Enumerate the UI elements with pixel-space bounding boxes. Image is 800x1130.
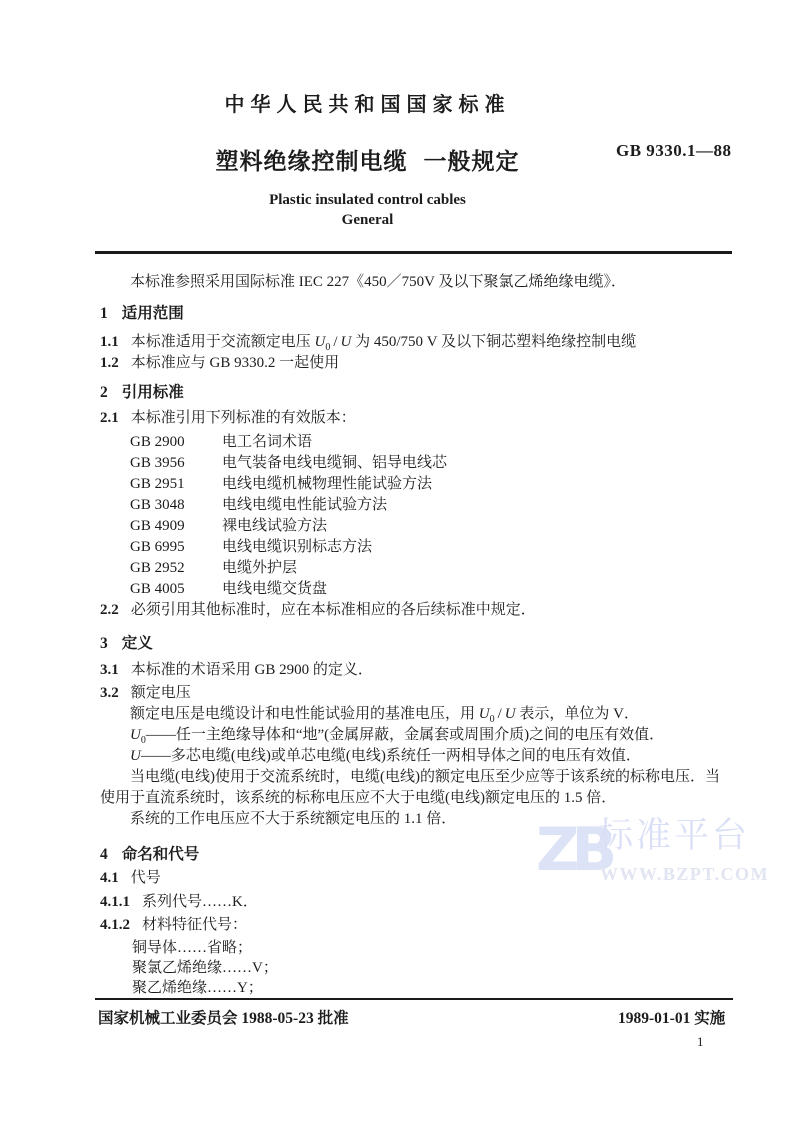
clause-2-1: 2.1本标准引用下列标准的有效版本： (100, 408, 733, 429)
section-2-heading: 2引用标准 (100, 382, 733, 403)
section-3-heading: 3定义 (100, 633, 733, 654)
document-body: 本标准参照采用国际标准 IEC 227《450／750V 及以下聚氯乙烯绝缘电缆… (100, 272, 733, 998)
rated-voltage-paragraph: 额定电压是电缆设计和电性能试验用的基准电压，用 U0/U 表示，单位为 V． (100, 704, 733, 725)
ac-system-paragraph: 当电缆(电线)使用于交流系统时，电缆(电线)的额定电压至少应等于该系统的标称电压… (100, 767, 733, 809)
ref-item: GB 4005电线电缆交货盘 (130, 579, 733, 600)
ref-list: GB 2900电工名词术语 GB 3956电气装备电线电缆铜、铝导电线芯 GB … (130, 432, 733, 600)
doc-title-en-sub: General (95, 212, 640, 229)
clause-2-2: 2.2必须引用其他标准时，应在本标准相应的各后续标准中规定． (100, 600, 733, 621)
document-header: 中华人民共和国国家标准 塑料绝缘控制电缆一般规定 Plastic insulat… (95, 0, 640, 229)
ref-item: GB 2951电线电缆机械物理性能试验方法 (130, 474, 733, 495)
implementation-text: 1989-01-01 实施 (618, 1006, 725, 1028)
voltage-formula: U0/U (315, 334, 352, 350)
ref-item: GB 2900电工名词术语 (130, 432, 733, 453)
voltage-formula: U0/U (479, 706, 516, 722)
clause-4-1: 4.1代号 (100, 868, 733, 889)
system-voltage-paragraph: 系统的工作电压应不大于系统额定电压的 1.1 倍． (100, 809, 733, 830)
approval-text: 国家机械工业委员会 1988-05-23 批准 (98, 1006, 349, 1028)
material-code-item: 聚乙烯绝缘……Y； (132, 978, 733, 998)
header-rule (95, 251, 732, 254)
material-code-item: 铜导体……省略； (132, 938, 733, 958)
document-page: ZB 标准平台 WWW.BZPT.COM 中华人民共和国国家标准 塑料绝缘控制电… (0, 0, 800, 1130)
u-definition: U——多芯电缆(电线)或单芯电缆(电线)系统任一两相导体之间的电压有效值． (100, 746, 733, 767)
u0-definition: U0——任一主绝缘导体和“地”(金属屏蔽，金属套或周围介质)之间的电压有效值． (100, 725, 733, 746)
material-code-list: 铜导体……省略； 聚氯乙烯绝缘……V； 聚乙烯绝缘……Y； (132, 938, 733, 998)
clause-1-2: 1.2本标准应与 GB 9330.2 一起使用 (100, 353, 733, 374)
ref-item: GB 3048电线电缆电性能试验方法 (130, 495, 733, 516)
clause-4-1-2: 4.1.2材料特征代号： (100, 915, 733, 936)
clause-3-1: 3.1本标准的术语采用 GB 2900 的定义． (100, 660, 733, 681)
page-number: 1 (697, 1034, 704, 1050)
clause-3-2: 3.2额定电压 (100, 683, 733, 704)
ref-item: GB 6995电线电缆识别标志方法 (130, 537, 733, 558)
ref-item: GB 4909裸电线试验方法 (130, 516, 733, 537)
section-1-heading: 1适用范围 (100, 303, 733, 324)
doc-title-cn: 塑料绝缘控制电缆一般规定 (95, 143, 640, 176)
ref-item: GB 3956电气装备电线电缆铜、铝导电线芯 (130, 453, 733, 474)
footer-rule (95, 998, 733, 1000)
clause-1-1: 1.1本标准适用于交流额定电压 U0/U 为 450/750 V 及以下铜芯塑料… (100, 332, 733, 353)
material-code-item: 聚氯乙烯绝缘……V； (132, 958, 733, 978)
ref-item: GB 2952电缆外护层 (130, 558, 733, 579)
standard-category-title: 中华人民共和国国家标准 (95, 88, 640, 117)
doc-number: GB 9330.1—88 (616, 141, 732, 161)
intro-paragraph: 本标准参照采用国际标准 IEC 227《450／750V 及以下聚氯乙烯绝缘电缆… (100, 272, 733, 293)
doc-title-en: Plastic insulated control cables (95, 192, 640, 209)
section-4-heading: 4命名和代号 (100, 844, 733, 865)
clause-4-1-1: 4.1.1系列代号……K． (100, 892, 733, 913)
